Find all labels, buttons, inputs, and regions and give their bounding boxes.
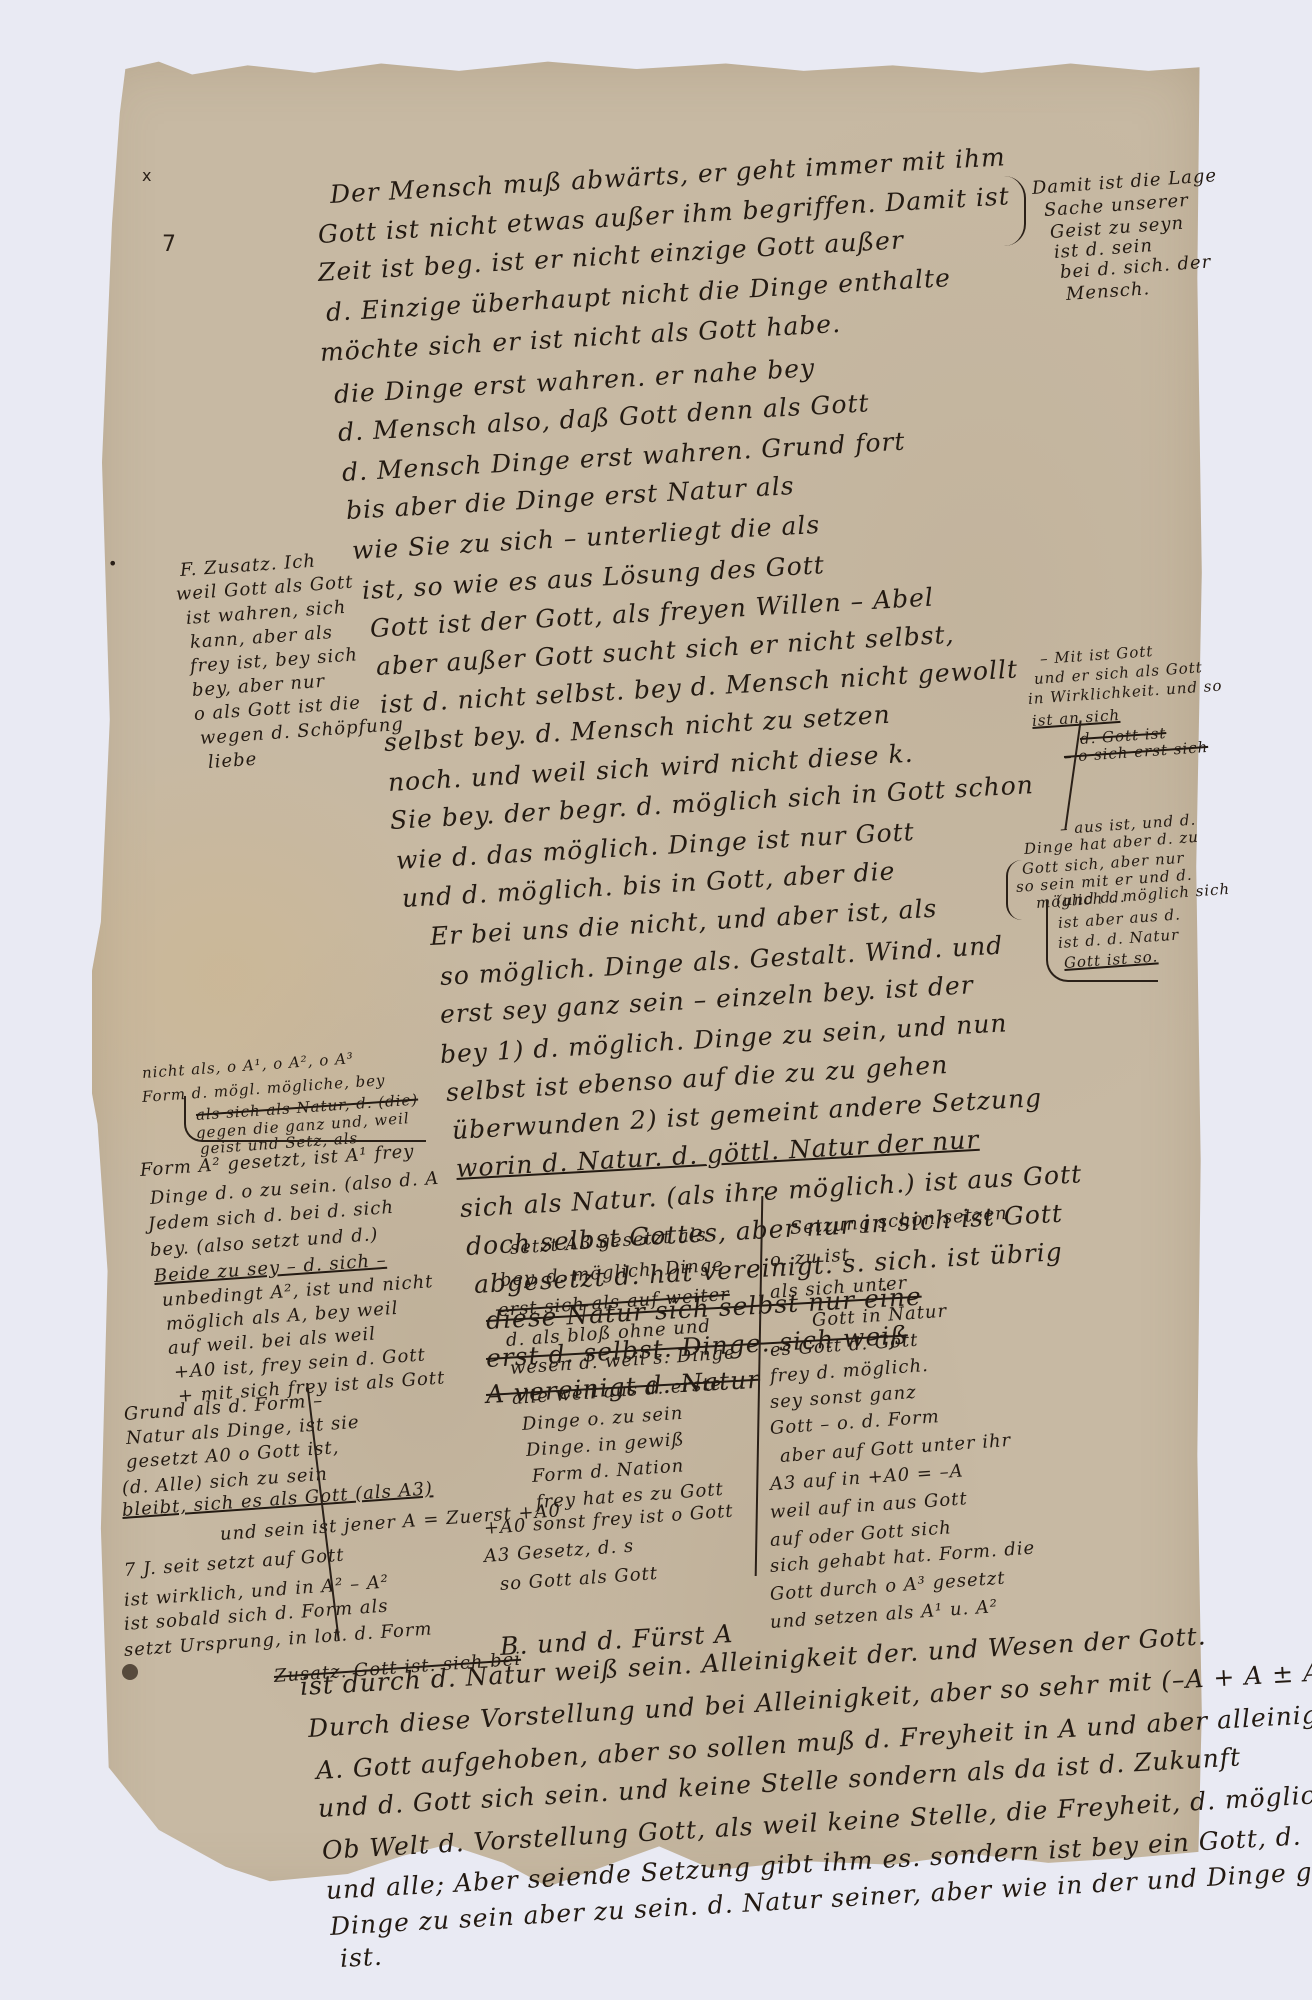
- note-bracket: [1004, 176, 1026, 246]
- text-line: ist.: [339, 1942, 383, 1973]
- note-bracket: [1046, 900, 1158, 982]
- margin-mark-seven: 7: [162, 232, 176, 257]
- margin-mark-dot: •: [108, 554, 117, 573]
- note-bracket: [184, 1096, 426, 1142]
- note-bracket: [1006, 860, 1022, 920]
- ink-blot: [122, 1664, 138, 1680]
- margin-mark-x: x: [142, 166, 151, 185]
- note-line: liebe: [207, 749, 258, 773]
